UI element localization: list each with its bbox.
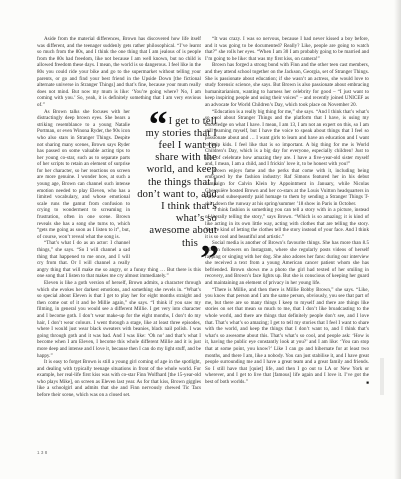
page-edge-shadow bbox=[394, 0, 401, 479]
paragraph: Eleven is like a goth version of herself… bbox=[37, 281, 201, 360]
paragraph: It is easy to forget Brown is still a yo… bbox=[37, 360, 201, 400]
left-column: Aside from the material differences, Bro… bbox=[37, 37, 201, 400]
right-column: “It was crazy. I was so nervous, because… bbox=[205, 37, 369, 386]
page-number: 138 bbox=[37, 450, 49, 455]
paragraph: Social media is another of Brown’s favou… bbox=[205, 241, 369, 287]
paragraph-text: “There is Millie, and then there is Mill… bbox=[205, 288, 369, 385]
magazine-page: Aside from the material differences, Bro… bbox=[0, 0, 401, 479]
article-end-mark: ■ bbox=[366, 380, 369, 387]
paragraph: “It was crazy. I was so nervous, because… bbox=[205, 37, 369, 63]
paragraph: Aside from the material differences, Bro… bbox=[37, 37, 201, 110]
vertical-credit-text bbox=[380, 358, 384, 395]
paragraph: “There is Millie, and then there is Mill… bbox=[205, 288, 369, 387]
paragraph: Brown enjoys fame and the perks that com… bbox=[205, 169, 369, 209]
paragraph: Brown has forged a strong bond with Finn… bbox=[205, 63, 369, 109]
paragraph: “I think fashion is something you can te… bbox=[205, 208, 369, 241]
paragraph: “Education is a really big thing for me,… bbox=[205, 110, 369, 169]
